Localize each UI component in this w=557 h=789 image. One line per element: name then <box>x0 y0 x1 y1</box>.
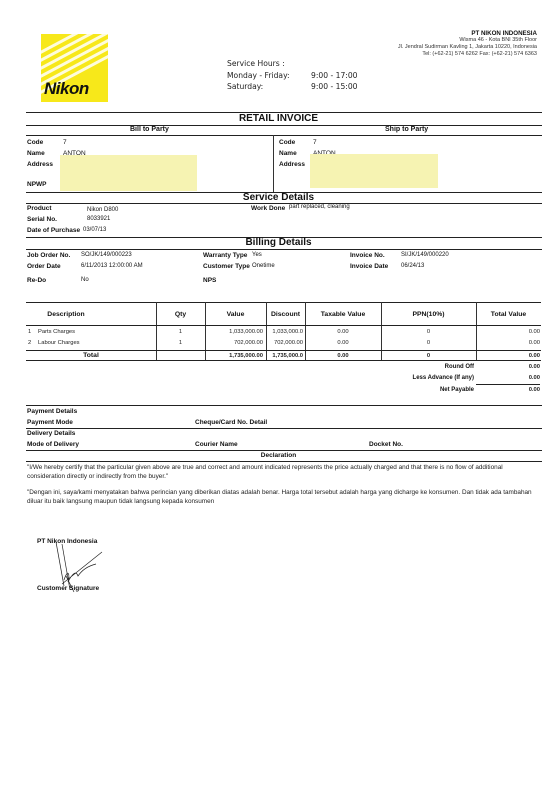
row-qty: 1 <box>156 340 205 346</box>
payment-mode-label: Payment Mode <box>27 419 73 426</box>
payment-details-heading: Payment Details <box>27 408 77 415</box>
invoice-title: RETAIL INVOICE <box>0 113 557 124</box>
divider <box>476 384 540 385</box>
serial-value: 8033921 <box>87 216 110 222</box>
net-payable-value: 0.00 <box>476 387 540 393</box>
row-taxable: 0.00 <box>305 340 381 346</box>
table-total-top <box>26 350 541 351</box>
warranty-value: Yes <box>252 252 262 258</box>
invoice-no-label: Invoice No. <box>350 252 385 259</box>
row-total: 0.00 <box>476 329 540 335</box>
row-value: 702,000.00 <box>205 340 263 346</box>
redo-value: No <box>81 277 89 283</box>
row-ppn: 0 <box>381 329 476 335</box>
divider <box>26 450 542 451</box>
divider <box>273 135 274 192</box>
purchase-date-value: 03/07/13 <box>83 227 106 233</box>
job-order-value: SO/JK/149/000223 <box>81 252 132 258</box>
total-label: Total <box>26 352 156 359</box>
company-address-2: Jl. Jendral Sudirman Kavling 1, Jakarta … <box>398 44 537 51</box>
service-hours-row: Monday - Friday: 9:00 - 17:00 <box>227 70 358 82</box>
total-value: 1,735,000.00 <box>205 353 263 359</box>
customer-signature-label: Customer Signature <box>37 585 99 592</box>
row-taxable: 0.00 <box>305 329 381 335</box>
redacted-address <box>60 155 197 191</box>
round-off-label: Round Off <box>380 364 474 370</box>
bill-code-label: Code <box>27 139 43 146</box>
redacted-address <box>310 154 438 188</box>
col-taxable: Taxable Value <box>305 311 381 318</box>
col-description: Description <box>26 311 106 318</box>
delivery-mode-label: Mode of Delivery <box>27 441 79 448</box>
row-value: 1,033,000.00 <box>205 329 263 335</box>
ship-code: 7 <box>313 139 317 146</box>
service-details-heading: Service Details <box>0 192 557 203</box>
divider <box>26 405 542 406</box>
ship-address-label: Address <box>279 161 305 168</box>
order-date-label: Order Date <box>27 263 61 270</box>
bill-code: 7 <box>63 139 67 146</box>
col-total: Total Value <box>476 311 541 318</box>
divider <box>26 249 542 250</box>
npwp-label: NPWP <box>27 181 47 188</box>
invoice-no-value: SI/JK/149/000220 <box>401 252 449 258</box>
table-header-bottom <box>26 325 541 326</box>
company-name: PT NIKON INDONESIA <box>398 30 537 37</box>
courier-name-label: Courier Name <box>195 441 238 448</box>
bill-to-heading: Bill to Party <box>130 126 169 133</box>
company-info: PT NIKON INDONESIA Wisma 46 - Kota BNI 3… <box>398 30 537 58</box>
less-advance-label: Less Advance (If any) <box>380 375 474 381</box>
divider <box>26 203 542 204</box>
divider <box>26 428 542 429</box>
service-hours-row: Saturday: 9:00 - 15:00 <box>227 81 358 93</box>
company-phone: Tel: (+62-21) 574 6262 Fax: (+62-21) 574… <box>398 51 537 58</box>
work-done-label: Work Done <box>251 205 285 212</box>
col-discount: Discount <box>266 311 305 318</box>
row-ppn: 0 <box>381 340 476 346</box>
round-off-value: 0.00 <box>476 364 540 370</box>
net-payable-label: Net Payable <box>380 387 474 393</box>
less-advance-value: 0.00 <box>476 375 540 381</box>
service-hours-value: 9:00 - 17:00 <box>311 70 358 82</box>
product-value: Nikon D800 <box>87 207 118 213</box>
customer-type-label: Customer Type <box>203 263 250 270</box>
declaration-english: "I/We hereby certify that the particular… <box>27 464 542 481</box>
service-hours-title: Service Hours : <box>227 58 358 70</box>
ship-to-heading: Ship to Party <box>385 126 428 133</box>
ship-name-label: Name <box>279 150 297 157</box>
invoice-date-label: Invoice Date <box>350 263 388 270</box>
work-done-value: part replaced, cleaning <box>289 204 350 210</box>
ship-code-label: Code <box>279 139 295 146</box>
invoice-date-value: 06/24/13 <box>401 263 424 269</box>
purchase-date-label: Date of Purchase <box>27 227 80 234</box>
col-value: Value <box>205 311 266 318</box>
nps-label: NPS <box>203 277 216 284</box>
service-hours-label: Saturday: <box>227 81 311 93</box>
table-border-top <box>26 302 541 303</box>
row-discount: 1,033,000.0 <box>266 329 303 335</box>
bill-address-label: Address <box>27 161 53 168</box>
order-date-value: 6/11/2013 12:00:00 AM <box>81 263 143 269</box>
col-ppn: PPN(10%) <box>381 311 476 318</box>
cheque-card-label: Cheque/Card No. Detail <box>195 419 267 426</box>
row-qty: 1 <box>156 329 205 335</box>
divider <box>26 461 542 462</box>
row-description: Labour Charges <box>38 340 138 346</box>
service-hours: Service Hours : Monday - Friday: 9:00 - … <box>227 58 358 93</box>
row-total: 0.00 <box>476 340 540 346</box>
total-discount: 1,735,000.0 <box>266 353 303 359</box>
row-description: Parts Charges <box>38 329 138 335</box>
serial-label: Serial No. <box>27 216 57 223</box>
redo-label: Re-Do <box>27 277 46 284</box>
divider <box>26 125 542 126</box>
job-order-label: Job Order No. <box>27 252 70 259</box>
product-label: Product <box>27 205 52 212</box>
declaration-indonesian: "Dengan ini, saya/kami menyatakan bahwa … <box>27 489 542 506</box>
total-ppn: 0 <box>381 353 476 359</box>
declaration-heading: Declaration <box>0 452 557 459</box>
billing-details-heading: Billing Details <box>0 237 557 248</box>
bill-name-label: Name <box>27 150 45 157</box>
delivery-details-heading: Delivery Details <box>27 430 75 437</box>
row-discount: 702,000.00 <box>266 340 303 346</box>
total-taxable: 0.00 <box>305 353 381 359</box>
divider <box>26 135 542 136</box>
total-total: 0.00 <box>476 353 540 359</box>
docket-no-label: Docket No. <box>369 441 403 448</box>
table-total-bottom <box>26 360 541 361</box>
nikon-logo: Nikon <box>41 34 108 102</box>
service-hours-label: Monday - Friday: <box>227 70 311 82</box>
customer-type-value: Onetime <box>252 263 275 269</box>
col-qty: Qty <box>156 311 205 318</box>
logo-text: Nikon <box>44 79 89 99</box>
warranty-label: Warranty Type <box>203 252 247 259</box>
service-hours-value: 9:00 - 15:00 <box>311 81 358 93</box>
company-address-1: Wisma 46 - Kota BNI 35th Floor <box>398 37 537 44</box>
